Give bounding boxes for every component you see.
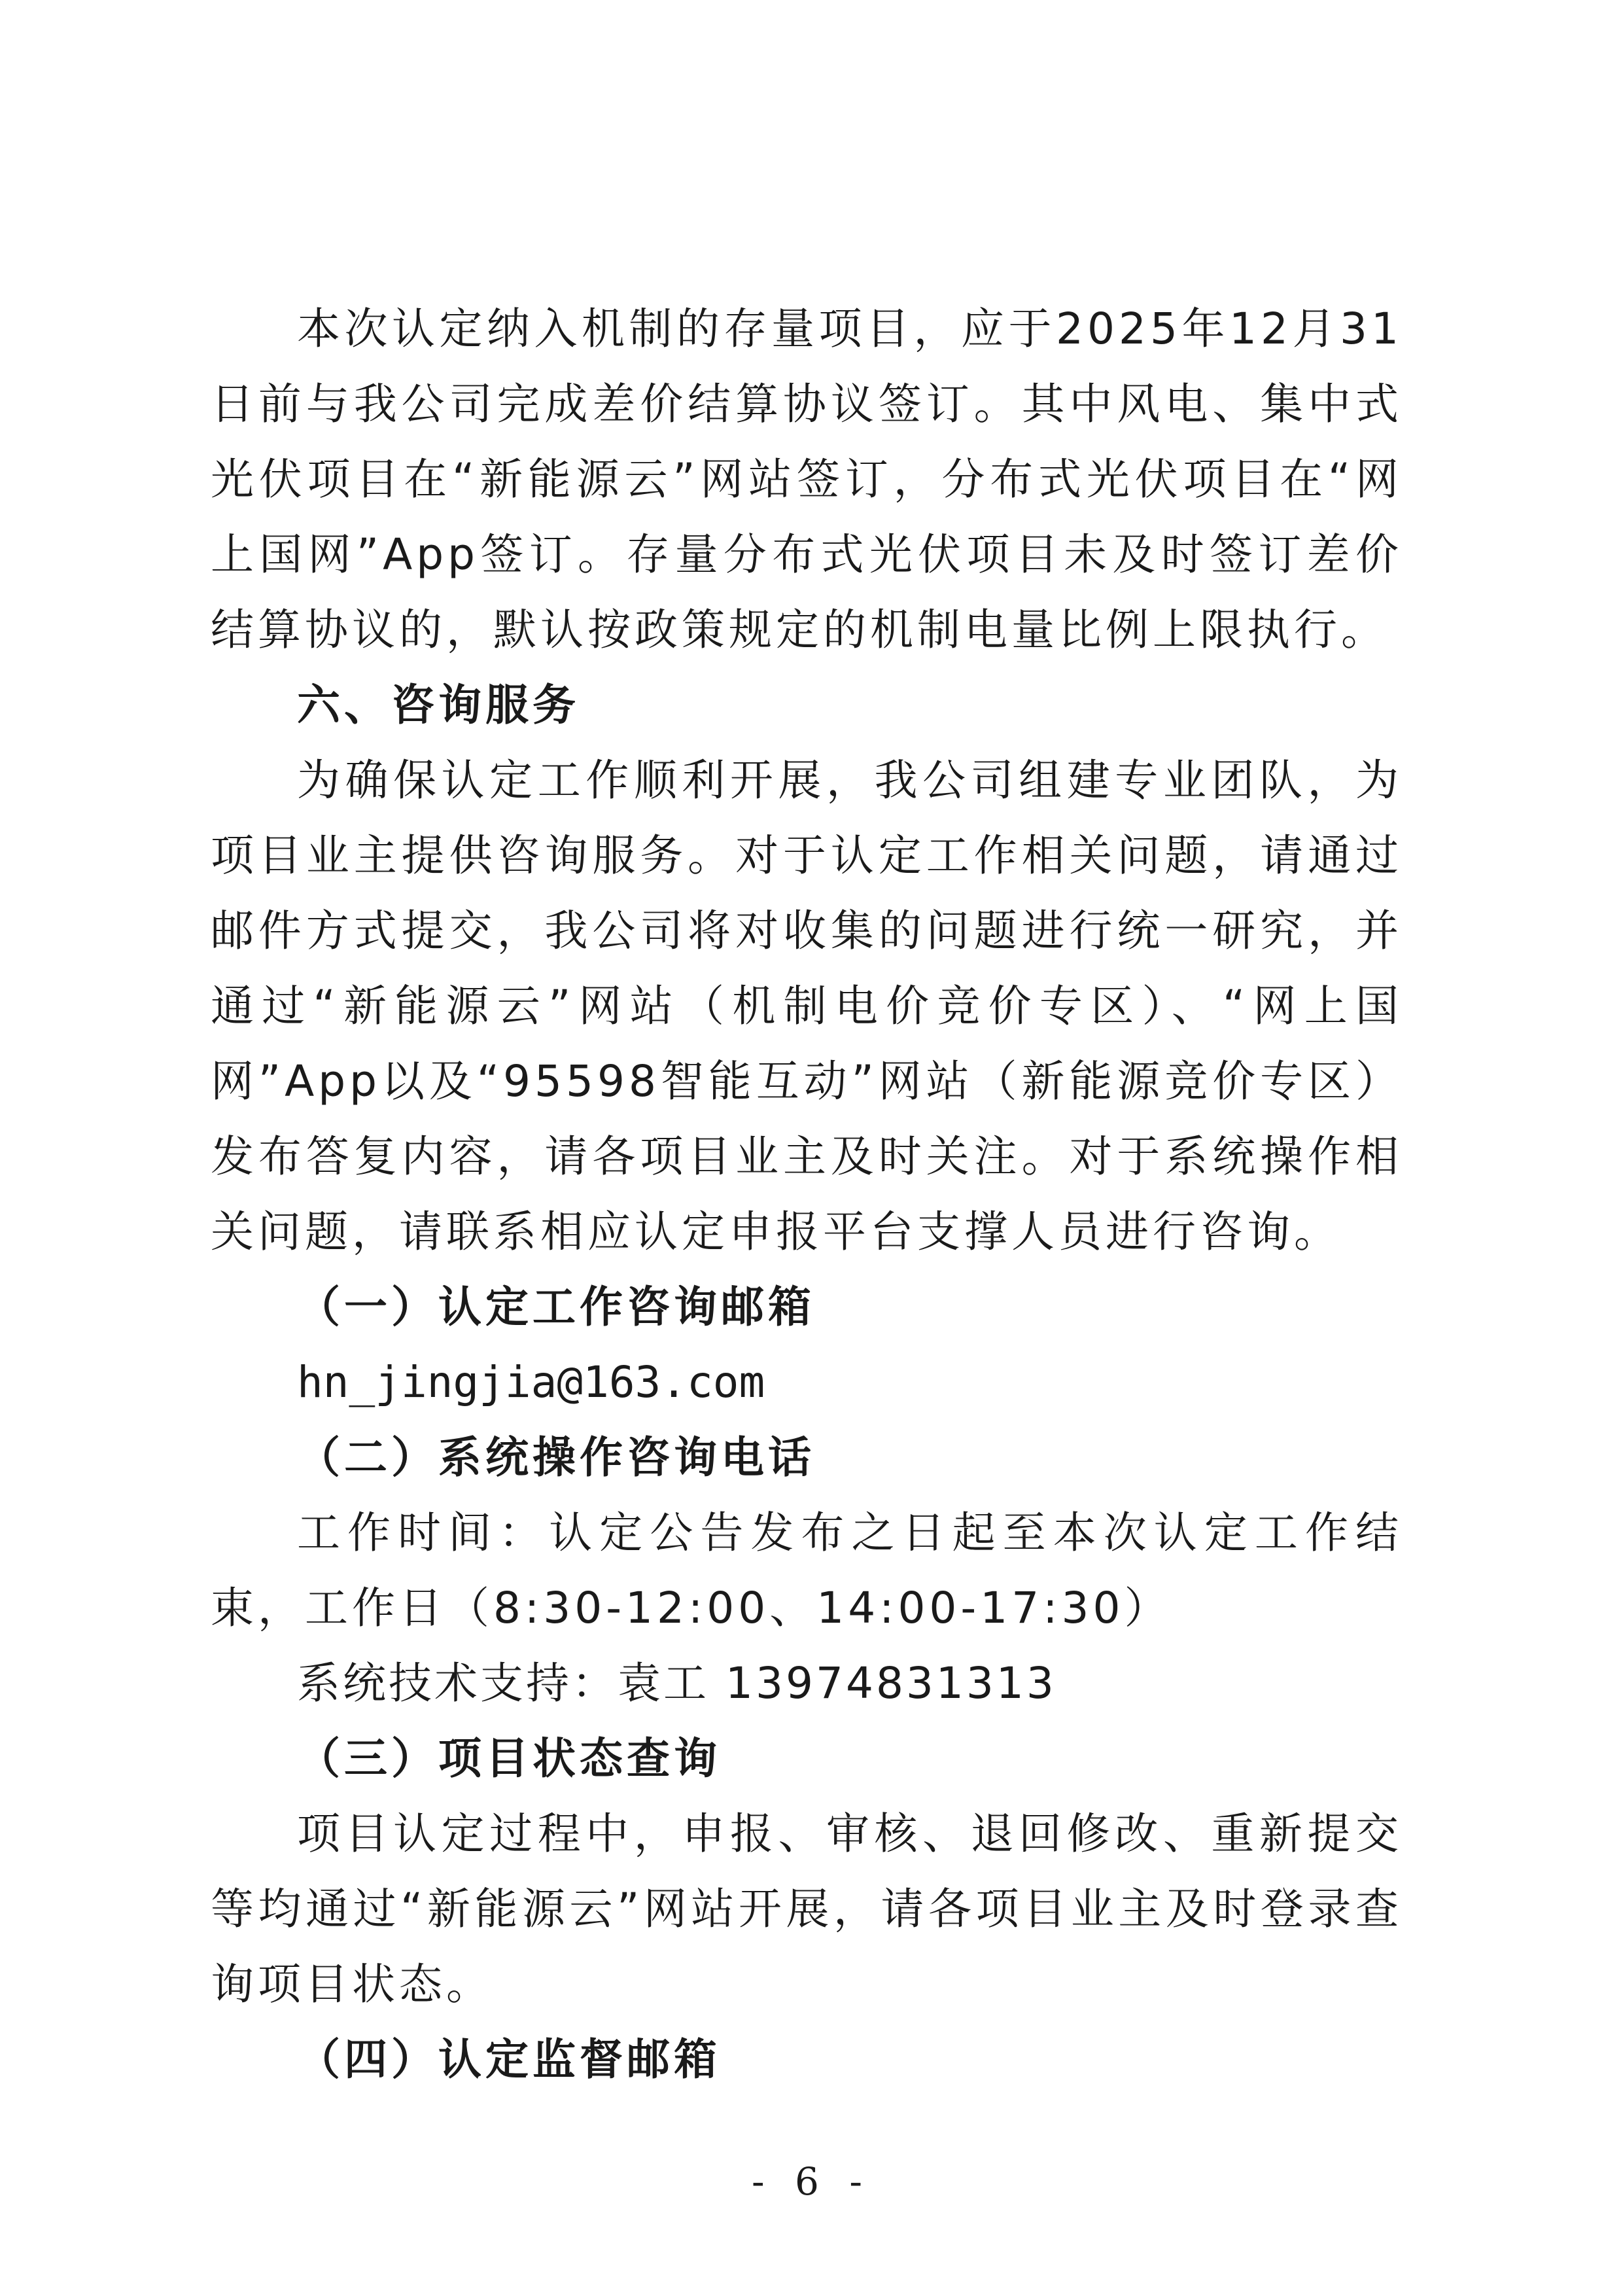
- document-page: 本次认定纳入机制的存量项目，应于2025年12月31日前与我公司完成差价结算协议…: [0, 0, 1623, 2296]
- consult-email-line: hn_jingjia@163.com: [211, 1345, 1403, 1420]
- paragraph-consulting-service: 为确保认定工作顺利开展，我公司组建专业团队，为项目业主提供咨询服务。对于认定工作…: [211, 743, 1403, 1269]
- tech-support-label: 系统技术支持：袁工: [297, 1658, 709, 1708]
- subsection-title-consult-phone: （二）系统操作咨询电话: [211, 1420, 1403, 1495]
- tech-support-phone[interactable]: 13974831313: [725, 1658, 1056, 1708]
- tech-support-line: 系统技术支持：袁工 13974831313: [211, 1646, 1403, 1721]
- section-title-consulting-service: 六、咨询服务: [211, 667, 1403, 743]
- document-body: 本次认定纳入机制的存量项目，应于2025年12月31日前与我公司完成差价结算协议…: [211, 291, 1403, 2097]
- consult-email-link[interactable]: hn_jingjia@163.com: [297, 1357, 765, 1407]
- subsection-title-consult-email: （一）认定工作咨询邮箱: [211, 1269, 1403, 1345]
- subsection-title-supervision-email: （四）认定监督邮箱: [211, 2022, 1403, 2097]
- paragraph-working-hours: 工作时间：认定公告发布之日起至本次认定工作结束，工作日（8:30-12:00、1…: [211, 1495, 1403, 1646]
- subsection-title-status-query: （三）项目状态查询: [211, 1721, 1403, 1796]
- paragraph-settlement-agreement: 本次认定纳入机制的存量项目，应于2025年12月31日前与我公司完成差价结算协议…: [211, 291, 1403, 667]
- paragraph-status-query: 项目认定过程中，申报、审核、退回修改、重新提交等均通过“新能源云”网站开展，请各…: [211, 1796, 1403, 2022]
- page-number: - 6 -: [0, 2159, 1623, 2204]
